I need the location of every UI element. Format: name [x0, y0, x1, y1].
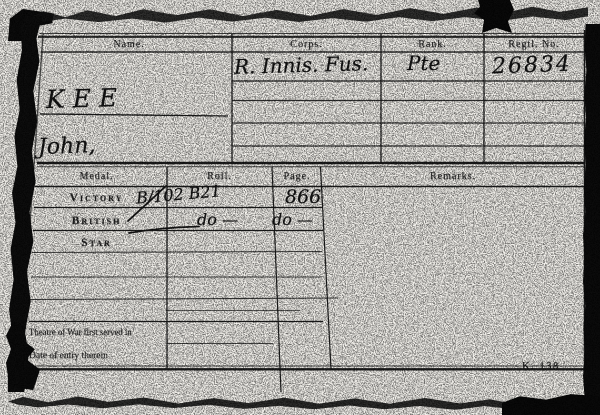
form-number: K. 138: [522, 361, 560, 372]
medal-index-card-scan: Name. Corps. Rank. Regtl. No. Medal. Rol…: [0, 0, 600, 415]
surname-entry: KEE: [46, 85, 126, 112]
scan-artifact-bottom-right-blob: [502, 393, 600, 415]
scan-artifact-top-right-blob: [474, 0, 514, 33]
theatre-of-war-label: Theatre of War first served in: [29, 327, 132, 337]
corps-column-header: Corps.: [232, 39, 381, 50]
regtl-no-column-header: Regtl. No.: [484, 39, 584, 50]
victory-page-entry: 866: [285, 188, 321, 207]
regtl-no-entry: 26834: [492, 54, 573, 79]
medal-row-british-label: British: [26, 215, 167, 227]
british-roll-entry: do —: [197, 212, 238, 228]
forename-entry: John,: [38, 135, 96, 159]
british-ditto-dash-stroke: [129, 227, 199, 234]
name-column-header: Name.: [26, 39, 232, 50]
scan-artifact-bottom-band: [8, 395, 510, 410]
victory-roll-entry: B/102 B21: [135, 183, 221, 206]
rank-entry: Pte: [407, 53, 440, 73]
date-of-entry-label: Date of entry therein: [29, 351, 108, 361]
scan-artifact-right-bar: [583, 24, 600, 415]
remarks-column-header: Remarks.: [322, 171, 584, 182]
medal-column-header: Medal.: [26, 171, 167, 182]
page-column-header: Page.: [272, 171, 322, 182]
corps-entry: R. Innis. Fus.: [234, 53, 369, 77]
british-page-entry: do —: [272, 212, 313, 228]
rank-column-header: Rank.: [381, 39, 484, 50]
medal-row-star-label: Star: [26, 237, 167, 249]
